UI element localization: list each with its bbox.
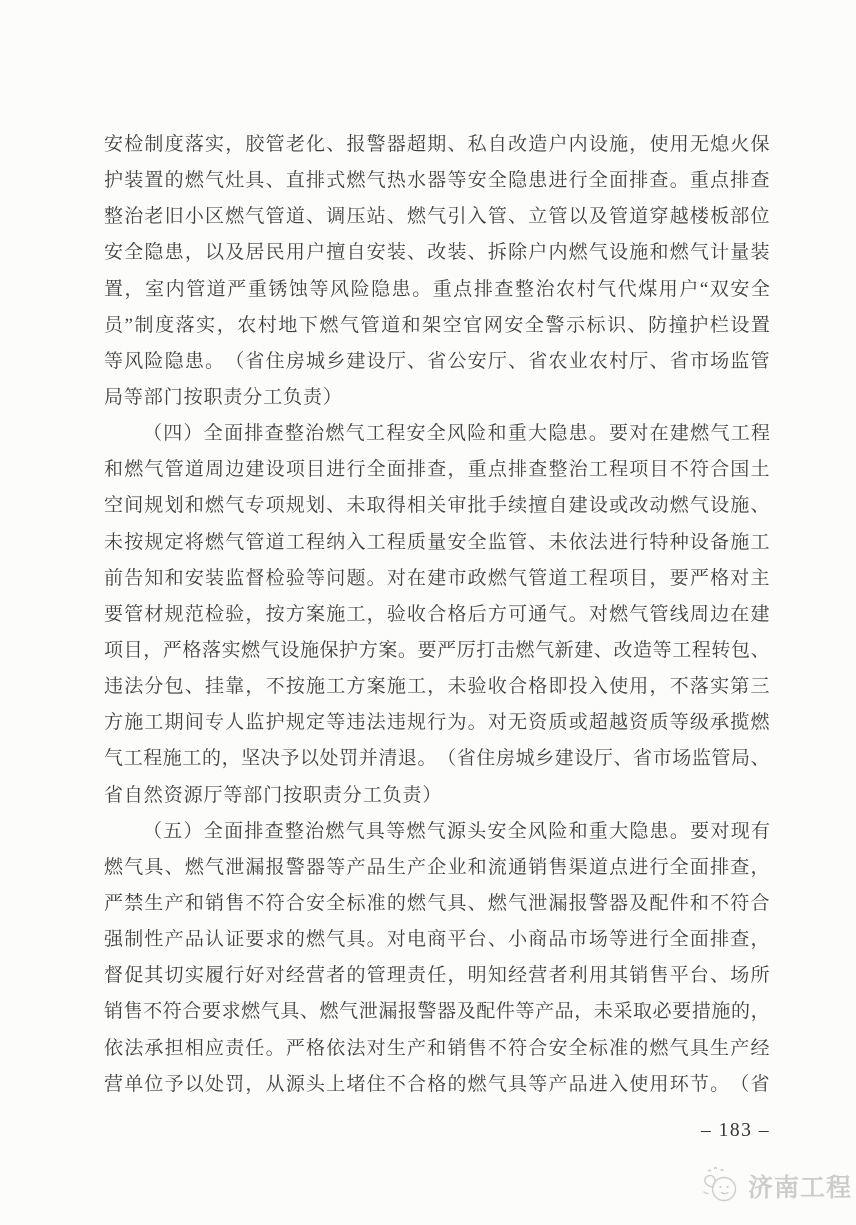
text-line: 督促其切实履行好对经营者的管理责任，明知经营者利用其销售平台、场所: [104, 958, 770, 994]
paragraph: （五）全面排查整治燃气具等燃气源头安全风险和重大隐患。要对现有燃气具、燃气泄漏报…: [104, 814, 770, 1103]
text-line: 整治老旧小区燃气管道、调压站、燃气引入管、立管以及管道穿越楼板部位: [104, 199, 770, 235]
text-line: 省自然资源厅等部门按职责分工负责）: [104, 778, 770, 814]
text-line: 等风险隐患。（省住房城乡建设厅、省公安厅、省农业农村厅、省市场监管: [104, 344, 770, 380]
text-line: 强制性产品认证要求的燃气具。对电商平台、小商品市场等进行全面排查，: [104, 922, 770, 958]
text-line: 严禁生产和销售不符合安全标准的燃气具、燃气泄漏报警器及配件和不符合: [104, 886, 770, 922]
text-line: 置，室内管道严重锈蚀等风险隐患。重点排查整治农村气代煤用户“双安全: [104, 272, 770, 308]
text-line: 销售不符合要求燃气具、燃气泄漏报警器及配件等产品，未采取必要措施的，: [104, 994, 770, 1030]
text-line: （五）全面排查整治燃气具等燃气源头安全风险和重大隐患。要对现有: [104, 814, 770, 850]
document-body: 安检制度落实，胶管老化、报警器超期、私自改造户内设施，使用无熄火保护装置的燃气灶…: [104, 127, 770, 1103]
text-line: 局等部门按职责分工负责）: [104, 380, 770, 416]
text-line: 未按规定将燃气管道工程纳入工程质量安全监管、未依法进行特种设备施工: [104, 525, 770, 561]
paragraph: 安检制度落实，胶管老化、报警器超期、私自改造户内设施，使用无熄火保护装置的燃气灶…: [104, 127, 770, 416]
text-line: 依法承担相应责任。严格依法对生产和销售不符合安全标准的燃气具生产经: [104, 1031, 770, 1067]
text-line: 营单位予以处罚，从源头上堵住不合格的燃气具等产品进入使用环节。（省: [104, 1067, 770, 1103]
text-line: 要管材规范检验，按方案施工，验收合格后方可通气。对燃气管线周边在建: [104, 597, 770, 633]
text-line: 违法分包、挂靠，不按施工方案施工，未验收合格即投入使用，不落实第三: [104, 669, 770, 705]
page-number: – 183 –: [701, 1120, 770, 1142]
text-line: 气工程施工的，坚决予以处罚并清退。（省住房城乡建设厅、省市场监管局、: [104, 741, 770, 777]
watermark: 济南工程: [698, 1164, 852, 1208]
text-line: 方施工期间专人监护规定等违法违规行为。对无资质或超越资质等级承揽燃: [104, 705, 770, 741]
text-line: 空间规划和燃气专项规划、未取得相关审批手续擅自建设或改动燃气设施、: [104, 488, 770, 524]
mascot-logo-icon: [698, 1164, 742, 1208]
text-line: 燃气具、燃气泄漏报警器等产品生产企业和流通销售渠道点进行全面排查，: [104, 850, 770, 886]
text-line: 员”制度落实，农村地下燃气管道和架空官网安全警示标识、防撞护栏设置: [104, 308, 770, 344]
text-line: 安检制度落实，胶管老化、报警器超期、私自改造户内设施，使用无熄火保: [104, 127, 770, 163]
scanned-document-page: 安检制度落实，胶管老化、报警器超期、私自改造户内设施，使用无熄火保护装置的燃气灶…: [0, 0, 856, 1225]
text-line: 护装置的燃气灶具、直排式燃气热水器等安全隐患进行全面排查。重点排查: [104, 163, 770, 199]
watermark-label: 济南工程: [748, 1168, 852, 1204]
paragraph: （四）全面排查整治燃气工程安全风险和重大隐患。要对在建燃气工程和燃气管道周边建设…: [104, 416, 770, 814]
text-line: 和燃气管道周边建设项目进行全面排查，重点排查整治工程项目不符合国土: [104, 452, 770, 488]
text-line: 前告知和安装监督检验等问题。对在建市政燃气管道工程项目，要严格对主: [104, 561, 770, 597]
text-line: 项目，严格落实燃气设施保护方案。要严厉打击燃气新建、改造等工程转包、: [104, 633, 770, 669]
text-line: （四）全面排查整治燃气工程安全风险和重大隐患。要对在建燃气工程: [104, 416, 770, 452]
text-line: 安全隐患，以及居民用户擅自安装、改装、拆除户内燃气设施和燃气计量装: [104, 235, 770, 271]
